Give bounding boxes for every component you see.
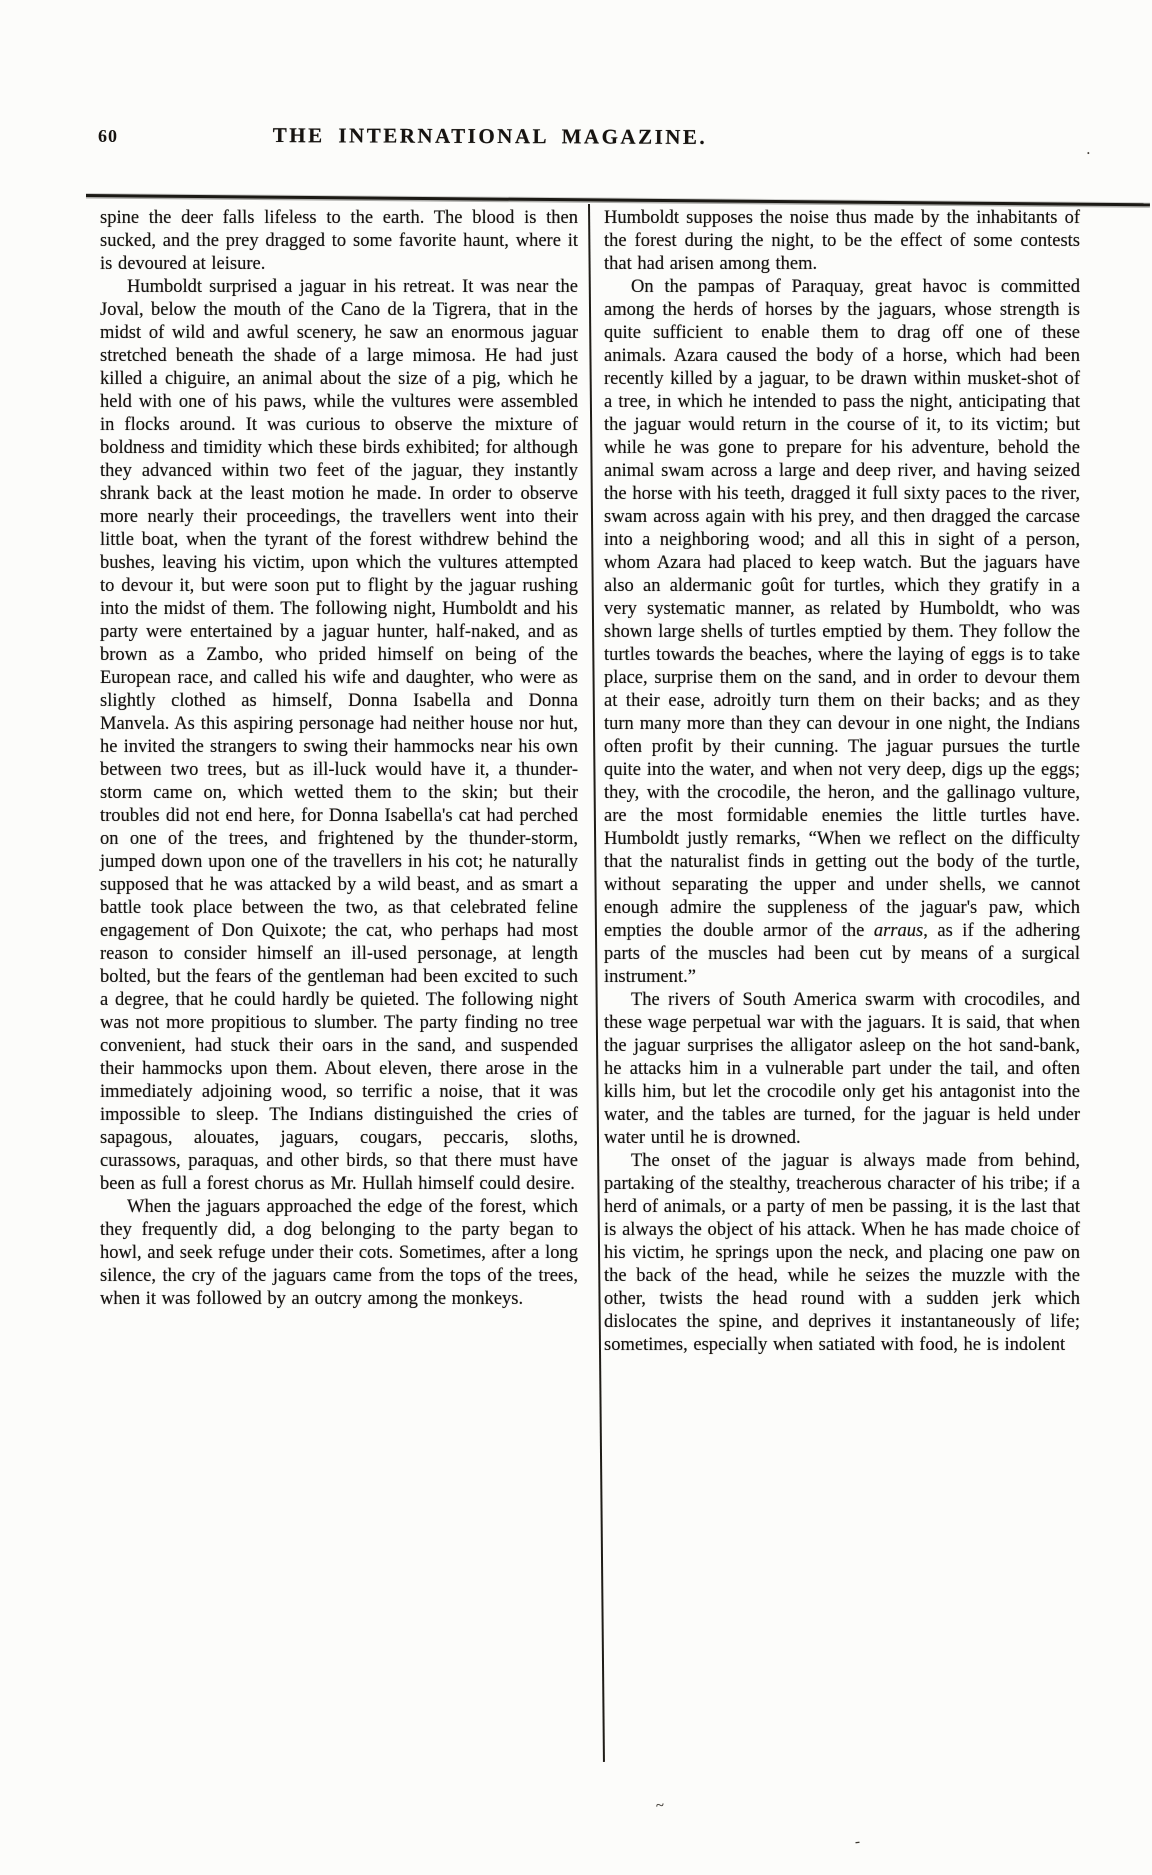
paragraph: On the pampas of Paraquay, great havoc i…	[604, 276, 1080, 989]
body-text: The onset of the jaguar is always made f…	[604, 1151, 1080, 1355]
body-text: Humboldt surprised a jaguar in his retre…	[100, 277, 578, 1194]
ink-smudge: -	[854, 1834, 861, 1851]
page-title: THE INTERNATIONAL MAGAZINE.	[140, 122, 840, 150]
italic-text: arraus	[874, 921, 923, 941]
ink-smudge: ~	[655, 1798, 665, 1816]
right-column: Humboldt supposes the noise thus made by…	[604, 207, 1080, 1357]
body-text: The rivers of South America swarm with c…	[604, 990, 1080, 1148]
paragraph: Humboldt supposes the noise thus made by…	[604, 207, 1080, 276]
paragraph: spine the deer falls lifeless to the ear…	[100, 207, 578, 276]
body-text: Humboldt supposes the noise thus made by…	[604, 208, 1080, 274]
paragraph: When the jaguars approached the edge of …	[100, 1196, 578, 1311]
paragraph: Humboldt surprised a jaguar in his retre…	[100, 276, 578, 1196]
header-rule	[86, 194, 1150, 206]
ink-smudge: ·	[1085, 146, 1092, 163]
paragraph: The onset of the jaguar is always made f…	[604, 1150, 1080, 1357]
paragraph: The rivers of South America swarm with c…	[604, 989, 1080, 1150]
magazine-page: 60 THE INTERNATIONAL MAGAZINE. spine the…	[0, 0, 1152, 1875]
body-text: When the jaguars approached the edge of …	[100, 1197, 578, 1309]
body-text: On the pampas of Paraquay, great havoc i…	[604, 277, 1080, 941]
page-number: 60	[98, 126, 118, 147]
body-text: spine the deer falls lifeless to the ear…	[100, 208, 578, 274]
left-column: spine the deer falls lifeless to the ear…	[100, 207, 578, 1357]
